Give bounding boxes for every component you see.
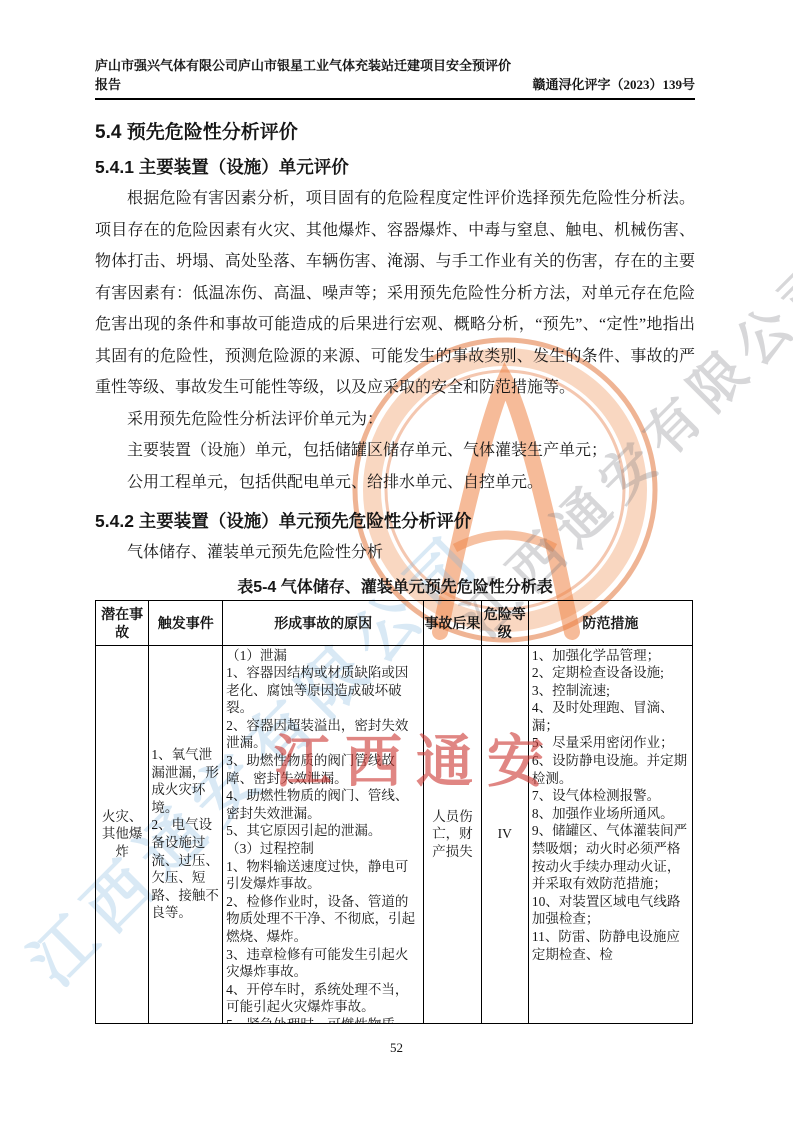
page-header: 庐山市强兴气体有限公司庐山市银星工业气体充装站迁建项目安全预评价报告 赣通浔化评…: [95, 55, 695, 100]
cell-measures: 1、加强化学品管理； 2、定期检查设备设施; 3、控制流速; 4、及时处理跑、冒…: [528, 645, 692, 1023]
table-5-4-caption: 表5-4 气体储存、灌装单元预先危险性分析表: [95, 574, 695, 597]
column-header-accident-causes: 形成事故的原因: [223, 600, 424, 645]
page-content: 庐山市强兴气体有限公司庐山市银星工业气体充装站迁建项目安全预评价报告 赣通浔化评…: [95, 55, 695, 1024]
cell-potential-accident: 火灾、其他爆炸: [96, 645, 149, 1023]
section-5-4-title: 5.4 预先危险性分析评价: [95, 117, 695, 144]
column-header-consequence: 事故后果: [424, 600, 481, 645]
column-header-risk-level: 危险等级: [481, 600, 528, 645]
cell-consequence: 人员伤亡，财产损失: [424, 645, 481, 1023]
column-header-potential-accident: 潜在事故: [96, 600, 149, 645]
document-page: 江西通安有限公司 江西通安有限公司 庐山市强兴气体有限公司庐山市银星工业气体充装…: [0, 0, 793, 1122]
paragraph-analysis-intro: 根据危险有害因素分析，项目固有的危险程度定性评价选择预先危险性分析法。项目存在的…: [95, 183, 695, 404]
cell-trigger-events: 1、氧气泄漏泄漏，形成火灾环境。 2、电气设备设施过流、过压、欠压、短路、接触不…: [149, 645, 223, 1023]
column-header-trigger-event: 触发事件: [149, 600, 223, 645]
table-header-row: 潜在事故 触发事件 形成事故的原因 事故后果 危险等级 防范措施: [96, 600, 693, 645]
table-row: 火灾、其他爆炸 1、氧气泄漏泄漏，形成火灾环境。 2、电气设备设施过流、过压、欠…: [96, 645, 693, 1023]
header-report-title: 庐山市强兴气体有限公司庐山市银星工业气体充装站迁建项目安全预评价报告: [95, 55, 520, 93]
page-number: 52: [0, 1040, 793, 1056]
paragraph-utility-units: 公用工程单元，包括供配电单元、给排水单元、自控单元。: [95, 467, 695, 499]
column-header-measures: 防范措施: [528, 600, 692, 645]
paragraph-main-units: 主要装置（设施）单元，包括储罐区储存单元、气体灌装生产单元；: [95, 435, 695, 467]
cell-accident-causes: （1）泄漏 1、容器因结构或材质缺陷或因老化、腐蚀等原因造成破坏破裂。 2、容器…: [223, 645, 424, 1023]
header-document-number: 赣通浔化评字（2023）139号: [532, 74, 695, 93]
hazard-analysis-table: 潜在事故 触发事件 形成事故的原因 事故后果 危险等级 防范措施 火灾、其他爆炸…: [95, 600, 693, 1024]
paragraph-storage-filling: 气体储存、灌装单元预先危险性分析: [95, 537, 695, 569]
section-5-4-1-title: 5.4.1 主要装置（设施）单元评价: [95, 154, 695, 179]
cell-risk-level: IV: [481, 645, 528, 1023]
section-5-4-2-title: 5.4.2 主要装置（设施）单元预先危险性分析评价: [95, 508, 695, 533]
paragraph-unit-intro: 采用预先危险性分析法评价单元为：: [95, 404, 695, 436]
